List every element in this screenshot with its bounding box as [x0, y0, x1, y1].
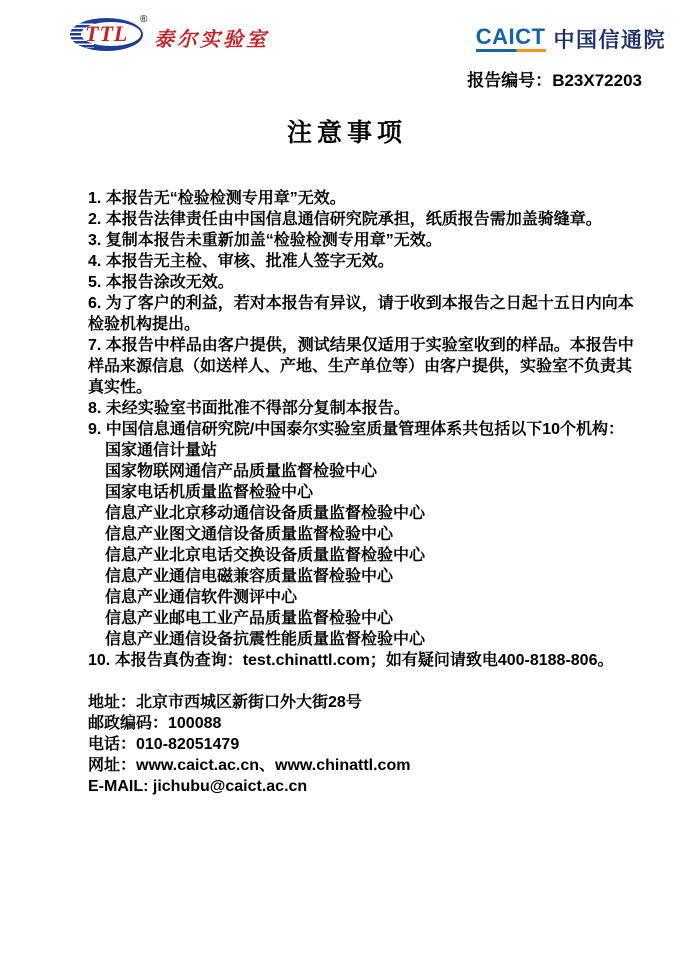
caict-underline-decoration: [476, 49, 546, 52]
report-number-label: 报告编号：: [467, 71, 552, 90]
organization-item-6: 信息产业北京电话交换设备质量监督检验中心: [105, 545, 634, 566]
organization-item-1: 国家通信计量站: [105, 440, 634, 461]
report-number: 报告编号：B23X72203: [467, 66, 642, 91]
organization-item-4: 信息产业北京移动通信设备质量监督检验中心: [105, 503, 634, 524]
organization-item-10: 信息产业通信设备抗震性能质量监督检验中心: [105, 629, 634, 650]
ttl-logo: TTL ® 泰尔实验室: [70, 15, 290, 53]
organization-item-3: 国家电话机质量监督检验中心: [105, 482, 634, 503]
note-item-4: 4. 本报告无主检、审核、批准人签字无效。: [88, 251, 634, 272]
organization-item-7: 信息产业通信电磁兼容质量监督检验中心: [105, 566, 634, 587]
caict-logo-text: CAICT: [476, 26, 546, 48]
contact-phone: 电话：010-82051479: [88, 734, 634, 755]
note-item-10: 10. 本报告真伪查询：test.chinattl.com；如有疑问请致电400…: [88, 650, 634, 671]
report-number-value: B23X72203: [552, 71, 642, 90]
organization-item-5: 信息产业图文通信设备质量监督检验中心: [105, 524, 634, 545]
report-page: TTL ® 泰尔实验室 CAICT 中国信通院 报告编号：B23X72203 注…: [0, 0, 694, 977]
note-item-9: 9. 中国信息通信研究院/中国泰尔实验室质量管理体系共包括以下10个机构：: [88, 419, 634, 440]
contact-address: 地址：北京市西城区新街口外大街28号: [88, 692, 634, 713]
organization-item-2: 国家物联网通信产品质量监督检验中心: [105, 461, 634, 482]
contact-website: 网址：www.caict.ac.cn、www.chinattl.com: [88, 755, 634, 776]
note-item-2: 2. 本报告法律责任由中国信息通信研究院承担，纸质报告需加盖骑缝章。: [88, 209, 634, 230]
note-item-8: 8. 未经实验室书面批准不得部分复制本报告。: [88, 398, 634, 419]
caict-logo: CAICT 中国信通院: [476, 24, 666, 54]
caict-logo-chinese-name: 中国信通院: [554, 24, 667, 54]
note-item-5: 5. 本报告涂改无效。: [88, 272, 634, 293]
organization-item-9: 信息产业邮电工业产品质量监督检验中心: [105, 608, 634, 629]
note-item-6: 6. 为了客户的利益，若对本报告有异议，请于收到本报告之日起十五日内向本检验机构…: [88, 293, 634, 335]
registered-trademark-icon: ®: [140, 14, 147, 25]
contact-email: E-MAIL: jichubu@caict.ac.cn: [88, 776, 634, 797]
contact-postal-code: 邮政编码：100088: [88, 713, 634, 734]
contact-block: 地址：北京市西城区新街口外大街28号 邮政编码：100088 电话：010-82…: [88, 692, 634, 797]
ttl-logo-text: TTL: [85, 21, 128, 47]
note-item-3: 3. 复制本报告未重新加盖“检验检测专用章”无效。: [88, 230, 634, 251]
organization-list: 国家通信计量站 国家物联网通信产品质量监督检验中心 国家电话机质量监督检验中心 …: [88, 440, 634, 650]
note-item-1: 1. 本报告无“检验检测专用章”无效。: [88, 188, 634, 209]
organization-item-8: 信息产业通信软件测评中心: [105, 587, 634, 608]
page-title: 注意事项: [0, 113, 694, 149]
notes-body: 1. 本报告无“检验检测专用章”无效。 2. 本报告法律责任由中国信息通信研究院…: [88, 188, 634, 797]
ttl-logo-chinese-name: 泰尔实验室: [154, 23, 269, 52]
note-item-7: 7. 本报告中样品由客户提供，测试结果仅适用于实验室收到的样品。本报告中样品来源…: [88, 335, 634, 398]
caict-logo-en-wrap: CAICT: [476, 26, 546, 52]
